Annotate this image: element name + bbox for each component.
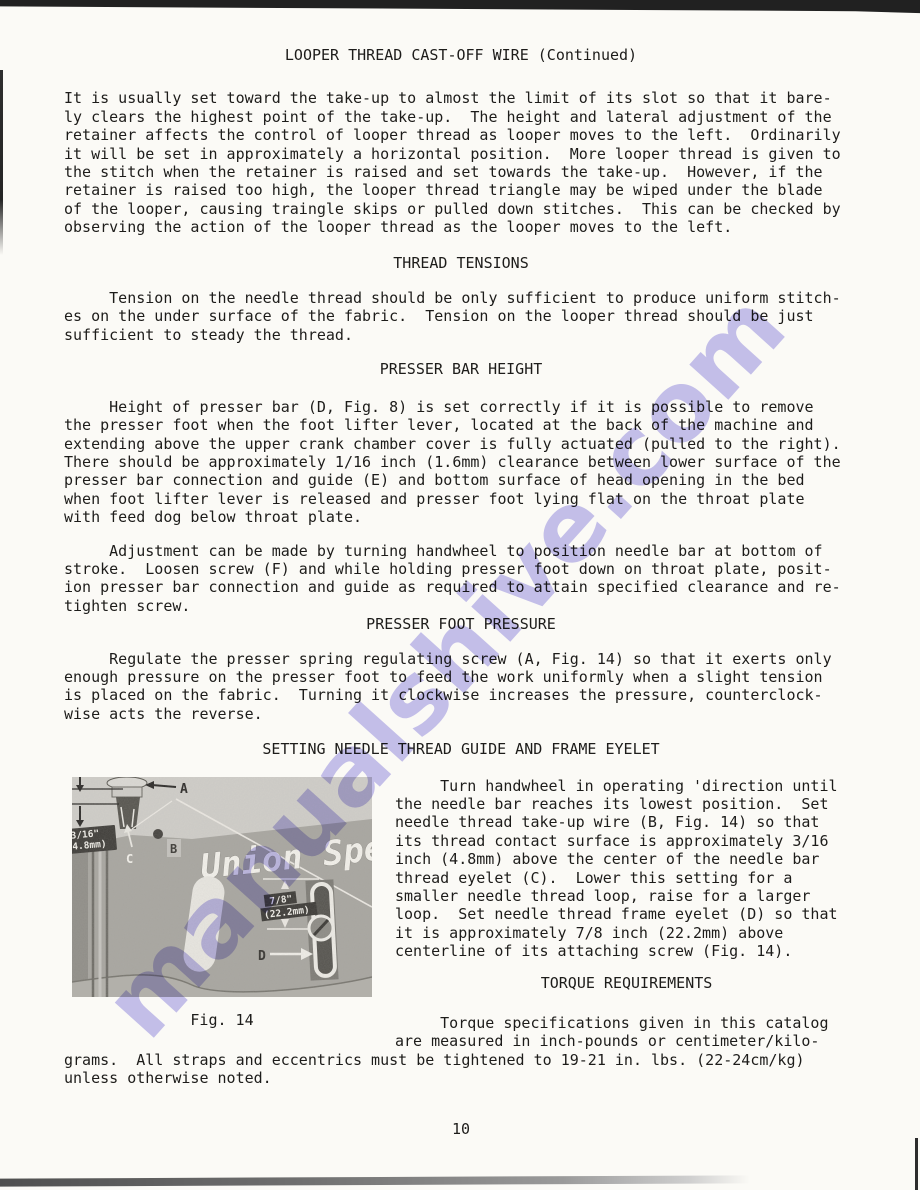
- figure-caption: Fig. 14: [72, 1011, 372, 1029]
- page-number: 10: [64, 1120, 858, 1138]
- figure-and-column-row: 3/16" (4.8mm) A C B: [64, 777, 858, 1051]
- presser-foot-pressure-paragraph: Regulate the presser spring regulating s…: [64, 650, 858, 724]
- scan-edge-left: [0, 70, 3, 255]
- right-column: Turn handwheel in operating 'direction u…: [395, 777, 858, 1051]
- intro-paragraph: It is usually set toward the take-up to …: [64, 89, 858, 236]
- heading-presser-bar-height: PRESSER BAR HEIGHT: [64, 360, 858, 378]
- thread-tensions-paragraph: Tension on the needle thread should be o…: [64, 289, 858, 344]
- torque-paragraph-fullwidth: grams. All straps and eccentrics must be…: [64, 1051, 858, 1088]
- heading-torque-requirements: TORQUE REQUIREMENTS: [395, 974, 858, 992]
- figure: 3/16" (4.8mm) A C B: [72, 777, 380, 1029]
- scan-edge-bottom: [0, 1175, 750, 1186]
- scan-edge-right: [915, 1138, 918, 1190]
- figure-photo: 3/16" (4.8mm) A C B: [72, 777, 372, 997]
- page-content: LOOPER THREAD CAST-OFF WIRE (Continued) …: [64, 0, 858, 1138]
- heading-presser-foot-pressure: PRESSER FOOT PRESSURE: [64, 615, 858, 633]
- torque-paragraph-column: Torque specifications given in this cata…: [395, 1014, 858, 1051]
- manual-page: manualshive.com LOOPER THREAD CAST-OFF W…: [0, 0, 920, 1190]
- heading-thread-tensions: THREAD TENSIONS: [64, 254, 858, 272]
- page-title: LOOPER THREAD CAST-OFF WIRE (Continued): [64, 46, 858, 64]
- presser-bar-height-paragraph-1: Height of presser bar (D, Fig. 8) is set…: [64, 398, 858, 527]
- presser-bar-height-paragraph-2: Adjustment can be made by turning handwh…: [64, 542, 858, 616]
- heading-setting-needle-thread: SETTING NEEDLE THREAD GUIDE AND FRAME EY…: [64, 740, 858, 758]
- setting-needle-paragraph: Turn handwheel in operating 'direction u…: [395, 777, 858, 961]
